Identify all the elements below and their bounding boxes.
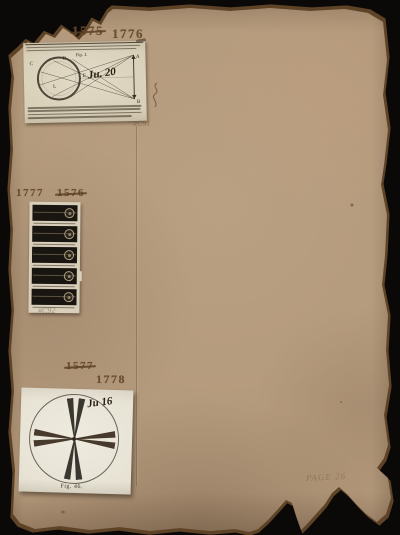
wheel-hub-dot <box>72 437 76 441</box>
disc-image <box>64 250 74 260</box>
caption-text-line <box>33 244 75 245</box>
figure-label: Fig. 1. <box>74 52 87 57</box>
page-content: 1575 1776 <box>0 0 400 535</box>
stamp-number-1777: 1777 <box>16 187 44 199</box>
stamp-number-text: 1778 <box>96 372 126 386</box>
caption-text-line <box>33 265 75 266</box>
pencil-note-under-clipping: #C91 <box>133 119 151 129</box>
stamp-number-text: 1777 <box>16 187 44 199</box>
diagram-letter-e: E <box>83 74 86 79</box>
photo-strip <box>28 202 80 314</box>
scrapbook-page-scan: 1575 1776 <box>0 0 400 535</box>
diagram-letter-c: C <box>30 62 34 67</box>
disc-core <box>68 233 71 236</box>
caption-text-line <box>33 223 75 224</box>
disc-image <box>64 292 74 302</box>
diagram-letter-d: D <box>62 56 66 61</box>
photo-frame-1 <box>32 205 77 221</box>
pasted-figure-card: Ju 16 Fig. 46. <box>19 387 134 494</box>
ink-scribble <box>148 81 164 109</box>
stamp-number-1575: 1575 <box>72 23 104 39</box>
diagram-ray-lines <box>39 55 134 101</box>
disc-image <box>64 271 74 281</box>
paper-tag <box>78 271 82 281</box>
figure-caption: Fig. 46. <box>19 482 125 491</box>
photo-frame-5 <box>32 289 77 305</box>
disc-core <box>68 275 71 278</box>
disc-core <box>68 212 71 215</box>
pasted-printed-clipping: Fig. 1. C D E L A B Ju. 20 <box>23 41 147 124</box>
stamp-number-1778: 1778 <box>96 372 126 387</box>
diagram-letter-a: A <box>136 55 140 60</box>
pencil-page-label: PAGE 26 <box>306 471 347 483</box>
stamp-number-1577: 1577 <box>66 360 94 372</box>
disc-core <box>68 296 71 299</box>
photo-frame-4 <box>32 268 77 284</box>
printed-caption-line <box>28 115 132 119</box>
photo-frame-3 <box>32 247 77 263</box>
pencil-note-under-strip: #C92 <box>38 306 56 316</box>
optics-diagram: Fig. 1. C D E L A B <box>25 50 144 106</box>
caption-text-line <box>33 286 75 287</box>
page-crease-line <box>136 126 137 486</box>
disc-image <box>64 208 74 218</box>
disc-core <box>68 254 71 257</box>
handwritten-date-mark: Ju 16 <box>86 395 113 410</box>
photo-frame-2 <box>32 226 77 242</box>
diagram-letter-l: L <box>53 85 56 90</box>
diagram-circle <box>37 57 80 100</box>
disc-image <box>64 229 74 239</box>
diagram-inner-circle <box>42 61 77 96</box>
stamp-number-1576: 1576 <box>57 187 85 199</box>
